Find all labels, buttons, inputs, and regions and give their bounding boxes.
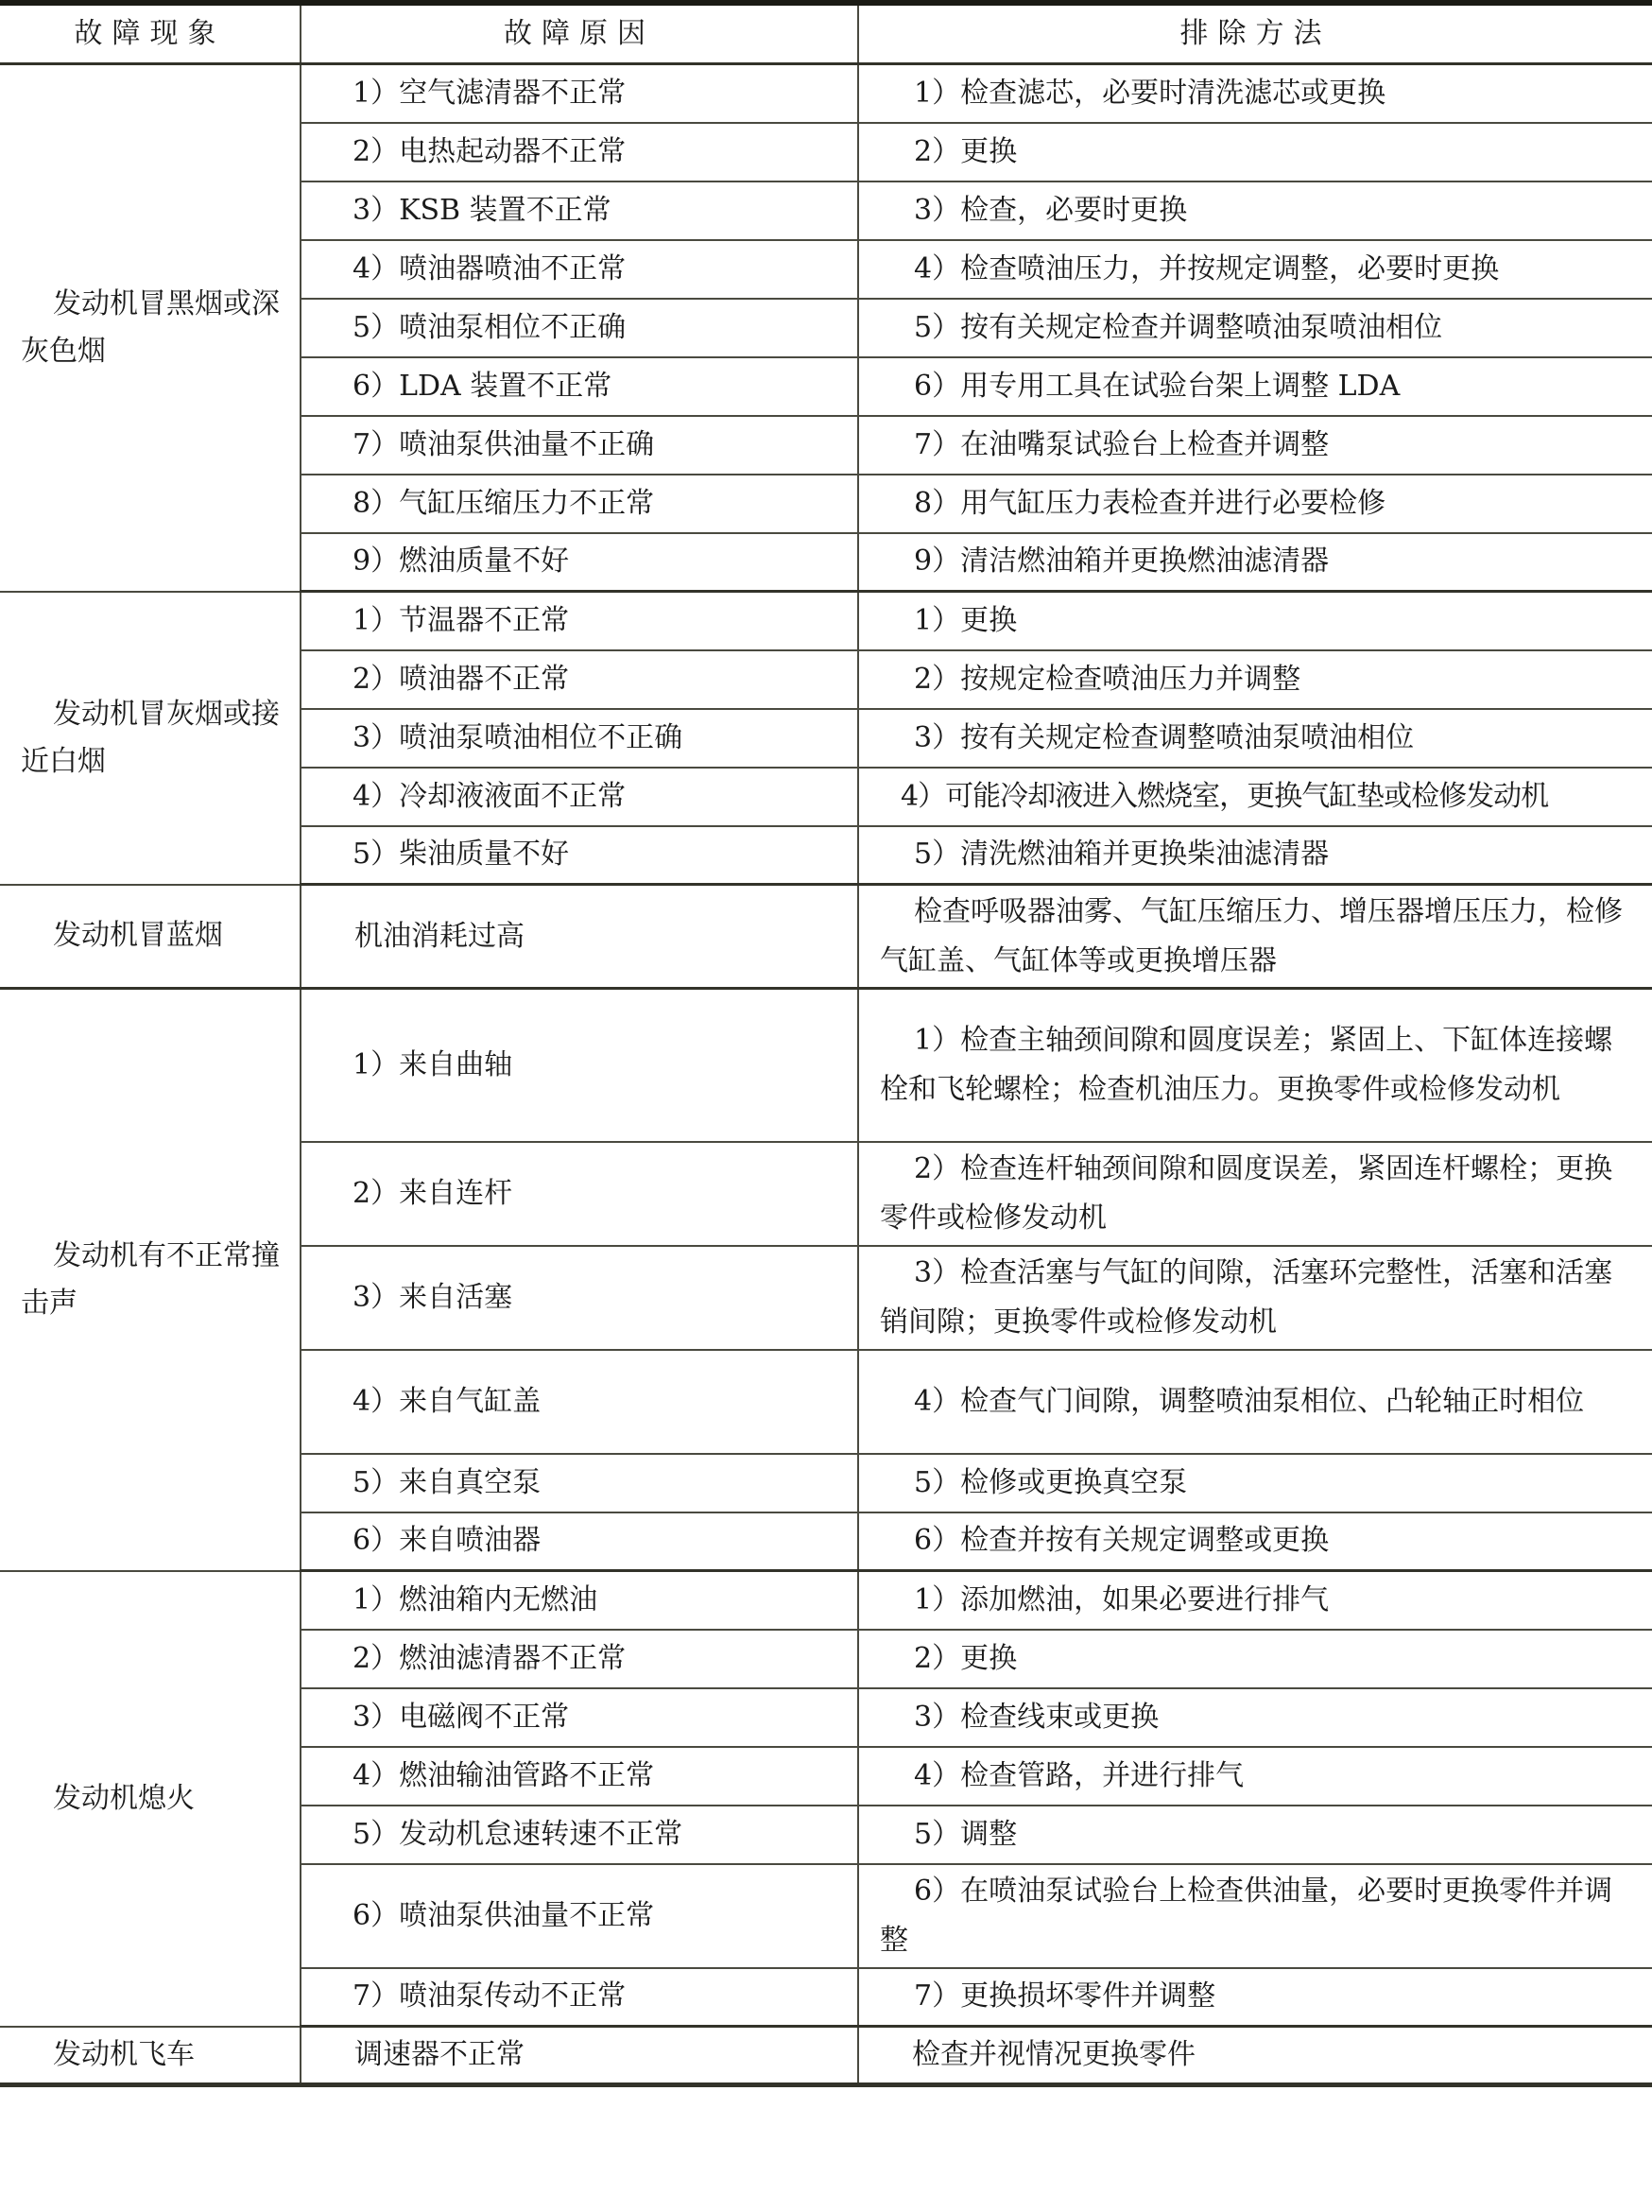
remedy-cell: 3）按有关规定检查调整喷油泵喷油相位 (858, 709, 1652, 768)
table-row: 发动机冒蓝烟 机油消耗过高 检查呼吸器油雾、气缸压缩压力、增压器增压压力，检修气… (0, 885, 1652, 989)
cause-cell: 9）燃油质量不好 (301, 533, 858, 592)
cause-cell: 4）冷却液液面不正常 (301, 768, 858, 826)
remedy-cell: 6）检查并按有关规定调整或更换 (858, 1512, 1652, 1571)
remedy-cell: 检查并视情况更换零件 (858, 2027, 1652, 2085)
cause-cell: 5）来自真空泵 (301, 1454, 858, 1512)
remedy-cell: 6）用专用工具在试验台架上调整 LDA (858, 357, 1652, 416)
remedy-cell: 2）更换 (858, 123, 1652, 181)
header-cause: 故障原因 (301, 3, 858, 64)
symptom-cell: 发动机有不正常撞击声 (0, 989, 301, 1571)
cause-cell: 3）来自活塞 (301, 1246, 858, 1350)
remedy-cell: 5）检修或更换真空泵 (858, 1454, 1652, 1512)
table-row: 发动机熄火 1）燃油箱内无燃油 1）添加燃油，如果必要进行排气 (0, 1571, 1652, 1630)
remedy-cell: 1）更换 (858, 592, 1652, 650)
remedy-cell: 9）清洁燃油箱并更换燃油滤清器 (858, 533, 1652, 592)
remedy-cell: 5）清洗燃油箱并更换柴油滤清器 (858, 826, 1652, 885)
cause-cell: 6）LDA 装置不正常 (301, 357, 858, 416)
symptom-cell: 发动机冒蓝烟 (0, 885, 301, 989)
cause-cell: 5）发动机怠速转速不正常 (301, 1806, 858, 1864)
table-row: 发动机有不正常撞击声 1）来自曲轴 1）检查主轴颈间隙和圆度误差；紧固上、下缸体… (0, 989, 1652, 1142)
header-symptom: 故障现象 (0, 3, 301, 64)
remedy-cell: 6）在喷油泵试验台上检查供油量，必要时更换零件并调整 (858, 1864, 1652, 1968)
remedy-cell: 1）添加燃油，如果必要进行排气 (858, 1571, 1652, 1630)
remedy-cell: 1）检查主轴颈间隙和圆度误差；紧固上、下缸体连接螺栓和飞轮螺栓；检查机油压力。更… (858, 989, 1652, 1142)
symptom-cell: 发动机冒黑烟或深灰色烟 (0, 64, 301, 592)
cause-cell: 1）节温器不正常 (301, 592, 858, 650)
remedy-cell: 4）检查气门间隙，调整喷油泵相位、凸轮轴正时相位 (858, 1350, 1652, 1454)
cause-cell: 1）空气滤清器不正常 (301, 64, 858, 123)
remedy-cell: 5）按有关规定检查并调整喷油泵喷油相位 (858, 299, 1652, 357)
cause-cell: 1）来自曲轴 (301, 989, 858, 1142)
cause-cell: 8）气缸压缩压力不正常 (301, 475, 858, 533)
cause-cell: 4）来自气缸盖 (301, 1350, 858, 1454)
cause-cell: 7）喷油泵传动不正常 (301, 1968, 858, 2027)
cause-cell: 5）喷油泵相位不正确 (301, 299, 858, 357)
cause-cell: 6）喷油泵供油量不正常 (301, 1864, 858, 1968)
remedy-cell: 8）用气缸压力表检查并进行必要检修 (858, 475, 1652, 533)
remedy-cell: 2）检查连杆轴颈间隙和圆度误差，紧固连杆螺栓；更换零件或检修发动机 (858, 1142, 1652, 1246)
remedy-cell: 7）在油嘴泵试验台上检查并调整 (858, 416, 1652, 475)
table-row: 发动机冒黑烟或深灰色烟 1）空气滤清器不正常 1）检查滤芯，必要时清洗滤芯或更换 (0, 64, 1652, 123)
cause-cell: 3）KSB 装置不正常 (301, 181, 858, 240)
cause-cell: 3）喷油泵喷油相位不正确 (301, 709, 858, 768)
symptom-cell: 发动机熄火 (0, 1571, 301, 2027)
header-remedy: 排除方法 (858, 3, 1652, 64)
remedy-cell: 4）可能冷却液进入燃烧室，更换气缸垫或检修发动机 (858, 768, 1652, 826)
remedy-cell: 1）检查滤芯，必要时清洗滤芯或更换 (858, 64, 1652, 123)
cause-cell: 2）电热起动器不正常 (301, 123, 858, 181)
remedy-cell: 5）调整 (858, 1806, 1652, 1864)
remedy-cell: 4）检查管路，并进行排气 (858, 1747, 1652, 1806)
symptom-cell: 发动机冒灰烟或接近白烟 (0, 592, 301, 885)
cause-cell: 6）来自喷油器 (301, 1512, 858, 1571)
header-row: 故障现象 故障原因 排除方法 (0, 3, 1652, 64)
cause-cell: 机油消耗过高 (301, 885, 858, 989)
remedy-cell: 7）更换损坏零件并调整 (858, 1968, 1652, 2027)
remedy-cell: 4）检查喷油压力，并按规定调整，必要时更换 (858, 240, 1652, 299)
remedy-cell: 3）检查活塞与气缸的间隙，活塞环完整性，活塞和活塞销间隙；更换零件或检修发动机 (858, 1246, 1652, 1350)
cause-cell: 1）燃油箱内无燃油 (301, 1571, 858, 1630)
cause-cell: 7）喷油泵供油量不正确 (301, 416, 858, 475)
symptom-cell: 发动机飞车 (0, 2027, 301, 2085)
fault-diagnosis-table: 故障现象 故障原因 排除方法 发动机冒黑烟或深灰色烟 1）空气滤清器不正常 1）… (0, 0, 1652, 2087)
cause-cell: 调速器不正常 (301, 2027, 858, 2085)
cause-cell: 2）喷油器不正常 (301, 650, 858, 709)
table-row: 发动机飞车 调速器不正常 检查并视情况更换零件 (0, 2027, 1652, 2085)
table-row: 发动机冒灰烟或接近白烟 1）节温器不正常 1）更换 (0, 592, 1652, 650)
remedy-cell: 检查呼吸器油雾、气缸压缩压力、增压器增压压力，检修气缸盖、气缸体等或更换增压器 (858, 885, 1652, 989)
remedy-cell: 2）更换 (858, 1630, 1652, 1688)
remedy-cell: 2）按规定检查喷油压力并调整 (858, 650, 1652, 709)
remedy-cell: 3）检查线束或更换 (858, 1688, 1652, 1747)
cause-cell: 2）来自连杆 (301, 1142, 858, 1246)
cause-cell: 4）喷油器喷油不正常 (301, 240, 858, 299)
cause-cell: 4）燃油输油管路不正常 (301, 1747, 858, 1806)
cause-cell: 3）电磁阀不正常 (301, 1688, 858, 1747)
cause-cell: 5）柴油质量不好 (301, 826, 858, 885)
cause-cell: 2）燃油滤清器不正常 (301, 1630, 858, 1688)
remedy-cell: 3）检查，必要时更换 (858, 181, 1652, 240)
